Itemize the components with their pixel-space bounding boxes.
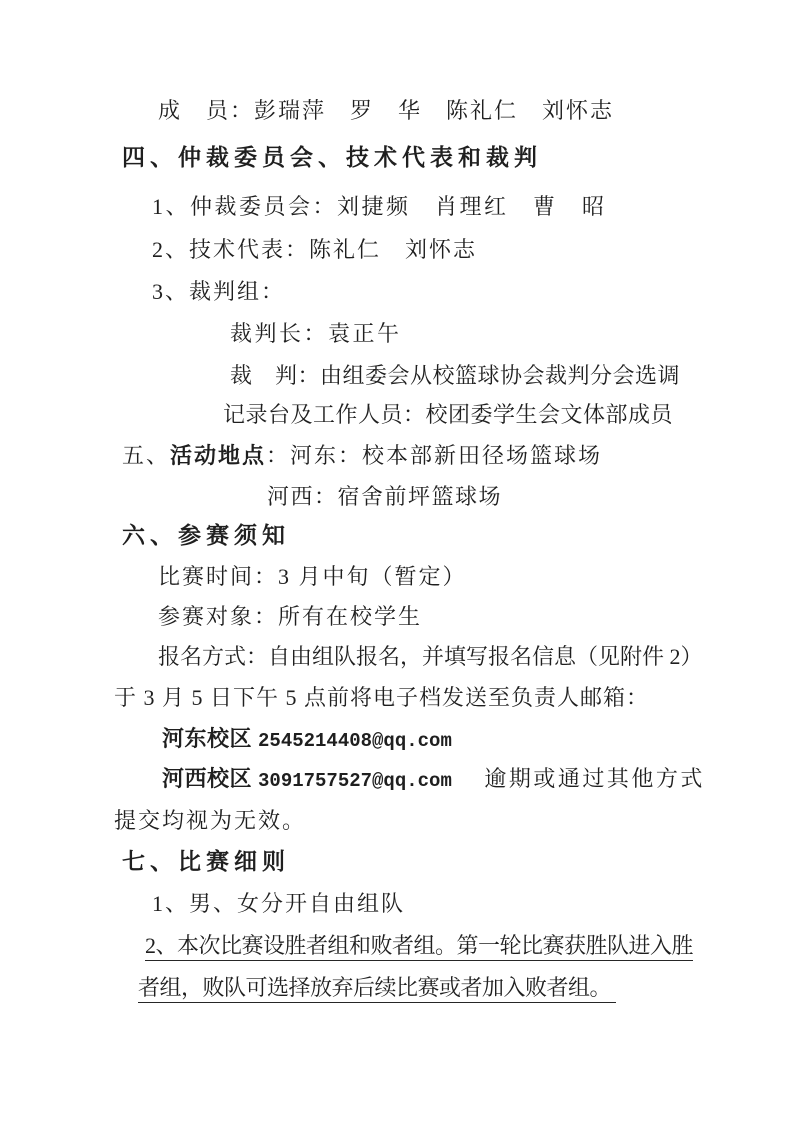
hexi-email-line: 河西校区 3091757527@qq.com 逾期或通过其他方式 (162, 764, 705, 794)
text-segment: 3091757527@qq.com (258, 770, 452, 792)
section-heading-rules: 七、比赛细则 (122, 847, 290, 877)
invalid-note-line: 提交均视为无效。 (114, 806, 306, 836)
text-segment: ：河东：校本部新田径场篮球场 (266, 443, 602, 468)
text-segment: 成 员：彭瑞萍 罗 华 陈礼仁 刘怀志 (158, 98, 614, 123)
rule-2-line: 2、本次比赛设胜者组和败者组。第一轮比赛获胜队进入胜 (145, 931, 693, 961)
match-time-line: 比赛时间：3 月中旬（暂定） (158, 562, 467, 592)
text-segment: 1、男、女分开自由组队 (152, 891, 405, 916)
registration-cont-line: 于 3 月 5 日下午 5 点前将电子档发送至负责人邮箱： (114, 683, 649, 713)
referees-line: 裁 判：由组委会从校篮球协会裁判分会选调 (230, 361, 680, 391)
text-segment: 1、仲裁委员会：刘捷频 肖理红 曹 昭 (152, 194, 607, 219)
text-segment: 2545214408@qq.com (258, 730, 452, 752)
text-segment: 参赛对象：所有在校学生 (158, 604, 422, 629)
text-segment: 于 3 月 5 日下午 5 点前将电子档发送至负责人邮箱： (114, 685, 649, 710)
text-segment: 报名方式：自由组队报名，并填写报名信息（见附件 2） (158, 644, 703, 669)
item-referee-group: 3、裁判组： (152, 277, 285, 307)
text-segment: 比赛时间：3 月中旬（暂定） (158, 564, 467, 589)
registration-line: 报名方式：自由组队报名，并填写报名信息（见附件 2） (158, 642, 703, 672)
text-segment: 河西：宿舍前坪篮球场 (267, 484, 502, 509)
venue-hexi-line: 河西：宿舍前坪篮球场 (267, 482, 502, 512)
text-segment: 逾期或通过其他方式 (452, 766, 705, 791)
text-segment: 记录台及工作人员：校团委学生会文体部成员 (223, 402, 673, 427)
text-segment: 2、本次比赛设胜者组和败者组。第一轮比赛获胜队进入胜 (145, 933, 693, 961)
participants-line: 参赛对象：所有在校学生 (158, 602, 422, 632)
text-segment: 者组，败队可选择放弃后续比赛或者加入败者组。 (138, 975, 616, 1003)
rule-2-cont-line: 者组，败队可选择放弃后续比赛或者加入败者组。 (138, 973, 616, 1003)
section-heading-venue: 五、活动地点：河东：校本部新田径场篮球场 (122, 441, 602, 471)
text-segment: 七、比赛细则 (122, 849, 290, 874)
text-segment: 五、 (122, 443, 170, 468)
members-line: 成 员：彭瑞萍 罗 华 陈礼仁 刘怀志 (158, 96, 614, 126)
text-segment: 河东校区 (162, 726, 258, 751)
text-segment: 河西校区 (162, 766, 258, 791)
text-segment: 四、仲裁委员会、技术代表和裁判 (122, 145, 542, 170)
section-heading-arbitration: 四、仲裁委员会、技术代表和裁判 (122, 143, 542, 173)
text-segment: 活动地点 (170, 443, 266, 468)
text-segment: 裁 判：由组委会从校篮球协会裁判分会选调 (230, 363, 680, 388)
text-segment: 2、技术代表：陈礼仁 刘怀志 (152, 237, 477, 262)
item-arbitration-committee: 1、仲裁委员会：刘捷频 肖理红 曹 昭 (152, 192, 607, 222)
section-heading-notice: 六、参赛须知 (122, 521, 290, 551)
text-segment: 3、裁判组： (152, 279, 285, 304)
text-segment: 六、参赛须知 (122, 523, 290, 548)
hedong-email-line: 河东校区 2545214408@qq.com (162, 724, 452, 754)
document-page: 成 员：彭瑞萍 罗 华 陈礼仁 刘怀志四、仲裁委员会、技术代表和裁判1、仲裁委员… (0, 0, 793, 1122)
text-segment: 裁判长：袁正午 (230, 321, 402, 346)
referee-chief-line: 裁判长：袁正午 (230, 319, 402, 349)
rule-1-line: 1、男、女分开自由组队 (152, 889, 405, 919)
item-technical-delegates: 2、技术代表：陈礼仁 刘怀志 (152, 235, 477, 265)
recorders-line: 记录台及工作人员：校团委学生会文体部成员 (223, 400, 673, 430)
text-segment: 提交均视为无效。 (114, 808, 306, 833)
